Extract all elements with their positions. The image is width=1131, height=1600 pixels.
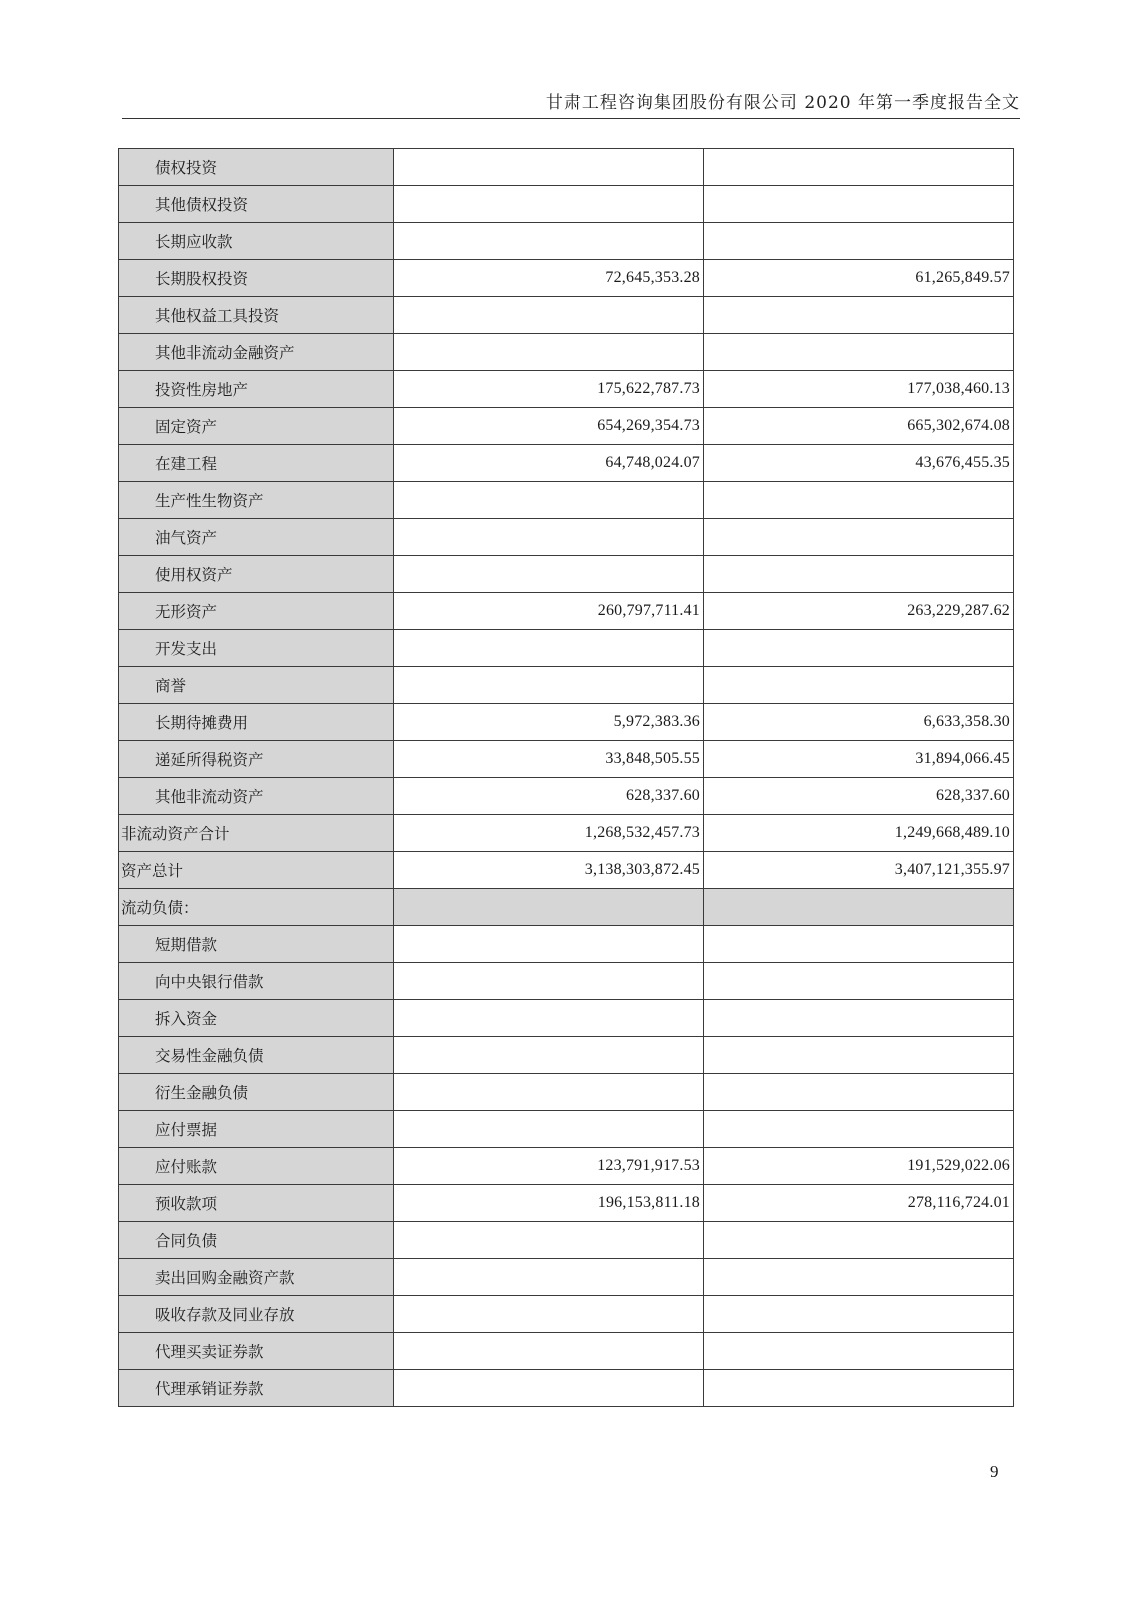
current-period-value [394, 1370, 704, 1407]
table-row: 投资性房地产175,622,787.73177,038,460.13 [119, 371, 1014, 408]
row-label-cell: 应付账款 [119, 1148, 394, 1185]
current-period-value [394, 1333, 704, 1370]
current-period-value: 628,337.60 [394, 778, 704, 815]
prior-period-value: 31,894,066.45 [704, 741, 1014, 778]
current-period-value [394, 1074, 704, 1111]
prior-period-value [704, 297, 1014, 334]
prior-period-value [704, 519, 1014, 556]
section-header-row: 流动负债： [119, 889, 1014, 926]
row-label-cell: 拆入资金 [119, 1000, 394, 1037]
table-row: 代理承销证券款 [119, 1370, 1014, 1407]
table-row: 其他非流动金融资产 [119, 334, 1014, 371]
current-period-value: 1,268,532,457.73 [394, 815, 704, 852]
prior-period-value: 61,265,849.57 [704, 260, 1014, 297]
row-label: 卖出回购金融资产款 [119, 1269, 295, 1287]
current-period-value [394, 1111, 704, 1148]
table-row: 无形资产260,797,711.41263,229,287.62 [119, 593, 1014, 630]
row-label: 油气资产 [119, 529, 217, 547]
current-period-value [394, 926, 704, 963]
row-label-cell: 短期借款 [119, 926, 394, 963]
table-row: 短期借款 [119, 926, 1014, 963]
current-period-value [394, 1259, 704, 1296]
table-row: 合同负债 [119, 1222, 1014, 1259]
prior-period-value [704, 1111, 1014, 1148]
row-label-cell: 流动负债： [119, 889, 394, 926]
prior-period-value: 278,116,724.01 [704, 1185, 1014, 1222]
row-label-cell: 固定资产 [119, 408, 394, 445]
current-period-value: 5,972,383.36 [394, 704, 704, 741]
row-label-cell: 在建工程 [119, 445, 394, 482]
row-label-cell: 债权投资 [119, 149, 394, 186]
table-row: 应付票据 [119, 1111, 1014, 1148]
row-label: 长期股权投资 [119, 270, 248, 288]
table-row: 债权投资 [119, 149, 1014, 186]
table-row: 应付账款123,791,917.53191,529,022.06 [119, 1148, 1014, 1185]
prior-period-value: 1,249,668,489.10 [704, 815, 1014, 852]
current-period-value: 175,622,787.73 [394, 371, 704, 408]
current-period-value [394, 667, 704, 704]
table-row: 固定资产654,269,354.73665,302,674.08 [119, 408, 1014, 445]
row-label: 其他非流动资产 [119, 788, 264, 806]
prior-period-value: 177,038,460.13 [704, 371, 1014, 408]
row-label-cell: 交易性金融负债 [119, 1037, 394, 1074]
row-label: 递延所得税资产 [119, 751, 264, 769]
row-label: 资产总计 [119, 862, 183, 880]
current-period-value [394, 149, 704, 186]
row-label-cell: 衍生金融负债 [119, 1074, 394, 1111]
row-label-cell: 商誉 [119, 667, 394, 704]
current-period-value: 123,791,917.53 [394, 1148, 704, 1185]
row-label-cell: 向中央银行借款 [119, 963, 394, 1000]
row-label: 非流动资产合计 [119, 825, 230, 843]
row-label: 投资性房地产 [119, 381, 248, 399]
prior-period-value: 43,676,455.35 [704, 445, 1014, 482]
row-label: 拆入资金 [119, 1010, 217, 1028]
table-row: 开发支出 [119, 630, 1014, 667]
row-label-cell: 长期股权投资 [119, 260, 394, 297]
row-label: 在建工程 [119, 455, 217, 473]
current-period-value [394, 630, 704, 667]
row-label-cell: 卖出回购金融资产款 [119, 1259, 394, 1296]
current-period-value [394, 297, 704, 334]
row-label-cell: 代理买卖证券款 [119, 1333, 394, 1370]
row-label: 开发支出 [119, 640, 217, 658]
prior-period-value [704, 889, 1014, 926]
table-row: 其他非流动资产628,337.60628,337.60 [119, 778, 1014, 815]
current-period-value: 196,153,811.18 [394, 1185, 704, 1222]
prior-period-value [704, 1259, 1014, 1296]
table-row: 非流动资产合计1,268,532,457.731,249,668,489.10 [119, 815, 1014, 852]
prior-period-value [704, 149, 1014, 186]
row-label-cell: 长期应收款 [119, 223, 394, 260]
page-header: 甘肃工程咨询集团股份有限公司 2020 年第一季度报告全文 [122, 88, 1020, 119]
prior-period-value [704, 482, 1014, 519]
row-label-cell: 其他非流动资产 [119, 778, 394, 815]
row-label: 长期待摊费用 [119, 714, 248, 732]
current-period-value [394, 223, 704, 260]
row-label: 衍生金融负债 [119, 1084, 248, 1102]
row-label: 固定资产 [119, 418, 217, 436]
prior-period-value [704, 1296, 1014, 1333]
prior-period-value [704, 1222, 1014, 1259]
row-label-cell: 开发支出 [119, 630, 394, 667]
prior-period-value [704, 926, 1014, 963]
row-label-cell: 递延所得税资产 [119, 741, 394, 778]
table-row: 代理买卖证券款 [119, 1333, 1014, 1370]
row-label-cell: 无形资产 [119, 593, 394, 630]
prior-period-value [704, 556, 1014, 593]
row-label: 其他非流动金融资产 [119, 344, 295, 362]
table-row: 预收款项196,153,811.18278,116,724.01 [119, 1185, 1014, 1222]
table-row: 衍生金融负债 [119, 1074, 1014, 1111]
balance-sheet-table: 债权投资其他债权投资长期应收款长期股权投资72,645,353.2861,265… [118, 148, 1014, 1407]
row-label: 债权投资 [119, 159, 217, 177]
row-label-cell: 预收款项 [119, 1185, 394, 1222]
current-period-value: 654,269,354.73 [394, 408, 704, 445]
table-row: 长期待摊费用5,972,383.366,633,358.30 [119, 704, 1014, 741]
table-row: 其他债权投资 [119, 186, 1014, 223]
prior-period-value: 6,633,358.30 [704, 704, 1014, 741]
row-label-cell: 代理承销证券款 [119, 1370, 394, 1407]
current-period-value [394, 1222, 704, 1259]
report-title: 甘肃工程咨询集团股份有限公司 2020 年第一季度报告全文 [546, 93, 1020, 113]
row-label: 其他权益工具投资 [119, 307, 279, 325]
current-period-value [394, 1037, 704, 1074]
table-row: 吸收存款及同业存放 [119, 1296, 1014, 1333]
row-label-cell: 投资性房地产 [119, 371, 394, 408]
row-label: 商誉 [119, 677, 186, 695]
row-label: 吸收存款及同业存放 [119, 1306, 295, 1324]
prior-period-value [704, 186, 1014, 223]
prior-period-value [704, 667, 1014, 704]
prior-period-value: 191,529,022.06 [704, 1148, 1014, 1185]
row-label: 向中央银行借款 [119, 973, 264, 991]
current-period-value: 3,138,303,872.45 [394, 852, 704, 889]
current-period-value [394, 519, 704, 556]
table-row: 卖出回购金融资产款 [119, 1259, 1014, 1296]
prior-period-value: 628,337.60 [704, 778, 1014, 815]
row-label: 使用权资产 [119, 566, 233, 584]
current-period-value [394, 556, 704, 593]
table-row: 资产总计3,138,303,872.453,407,121,355.97 [119, 852, 1014, 889]
table-row: 使用权资产 [119, 556, 1014, 593]
row-label-cell: 长期待摊费用 [119, 704, 394, 741]
row-label-cell: 使用权资产 [119, 556, 394, 593]
current-period-value [394, 1296, 704, 1333]
row-label: 应付账款 [119, 1158, 217, 1176]
row-label: 其他债权投资 [119, 196, 248, 214]
row-label-cell: 其他债权投资 [119, 186, 394, 223]
row-label-cell: 其他非流动金融资产 [119, 334, 394, 371]
current-period-value [394, 186, 704, 223]
current-period-value: 72,645,353.28 [394, 260, 704, 297]
prior-period-value [704, 334, 1014, 371]
current-period-value [394, 482, 704, 519]
table-row: 商誉 [119, 667, 1014, 704]
row-label: 流动负债： [119, 899, 199, 917]
page-number: 9 [990, 1462, 999, 1482]
row-label-cell: 吸收存款及同业存放 [119, 1296, 394, 1333]
current-period-value [394, 963, 704, 1000]
table-row: 在建工程64,748,024.0743,676,455.35 [119, 445, 1014, 482]
row-label: 短期借款 [119, 936, 217, 954]
table-row: 长期应收款 [119, 223, 1014, 260]
prior-period-value: 665,302,674.08 [704, 408, 1014, 445]
current-period-value: 260,797,711.41 [394, 593, 704, 630]
prior-period-value [704, 630, 1014, 667]
table-row: 其他权益工具投资 [119, 297, 1014, 334]
table-row: 生产性生物资产 [119, 482, 1014, 519]
row-label: 应付票据 [119, 1121, 217, 1139]
prior-period-value [704, 1370, 1014, 1407]
row-label: 预收款项 [119, 1195, 217, 1213]
prior-period-value [704, 963, 1014, 1000]
row-label-cell: 油气资产 [119, 519, 394, 556]
current-period-value [394, 889, 704, 926]
row-label-cell: 其他权益工具投资 [119, 297, 394, 334]
prior-period-value [704, 1037, 1014, 1074]
row-label: 生产性生物资产 [119, 492, 264, 510]
row-label-cell: 应付票据 [119, 1111, 394, 1148]
table-row: 向中央银行借款 [119, 963, 1014, 1000]
current-period-value [394, 334, 704, 371]
row-label: 代理承销证券款 [119, 1380, 264, 1398]
row-label: 合同负债 [119, 1232, 217, 1250]
row-label-cell: 资产总计 [119, 852, 394, 889]
current-period-value: 64,748,024.07 [394, 445, 704, 482]
row-label: 代理买卖证券款 [119, 1343, 264, 1361]
prior-period-value [704, 1333, 1014, 1370]
table-row: 递延所得税资产33,848,505.5531,894,066.45 [119, 741, 1014, 778]
table-row: 长期股权投资72,645,353.2861,265,849.57 [119, 260, 1014, 297]
row-label: 交易性金融负债 [119, 1047, 264, 1065]
row-label: 长期应收款 [119, 233, 233, 251]
prior-period-value [704, 1074, 1014, 1111]
current-period-value: 33,848,505.55 [394, 741, 704, 778]
prior-period-value [704, 1000, 1014, 1037]
row-label-cell: 生产性生物资产 [119, 482, 394, 519]
table-row: 交易性金融负债 [119, 1037, 1014, 1074]
prior-period-value: 263,229,287.62 [704, 593, 1014, 630]
row-label-cell: 合同负债 [119, 1222, 394, 1259]
row-label: 无形资产 [119, 603, 217, 621]
table-row: 油气资产 [119, 519, 1014, 556]
row-label-cell: 非流动资产合计 [119, 815, 394, 852]
table-row: 拆入资金 [119, 1000, 1014, 1037]
prior-period-value [704, 223, 1014, 260]
current-period-value [394, 1000, 704, 1037]
prior-period-value: 3,407,121,355.97 [704, 852, 1014, 889]
